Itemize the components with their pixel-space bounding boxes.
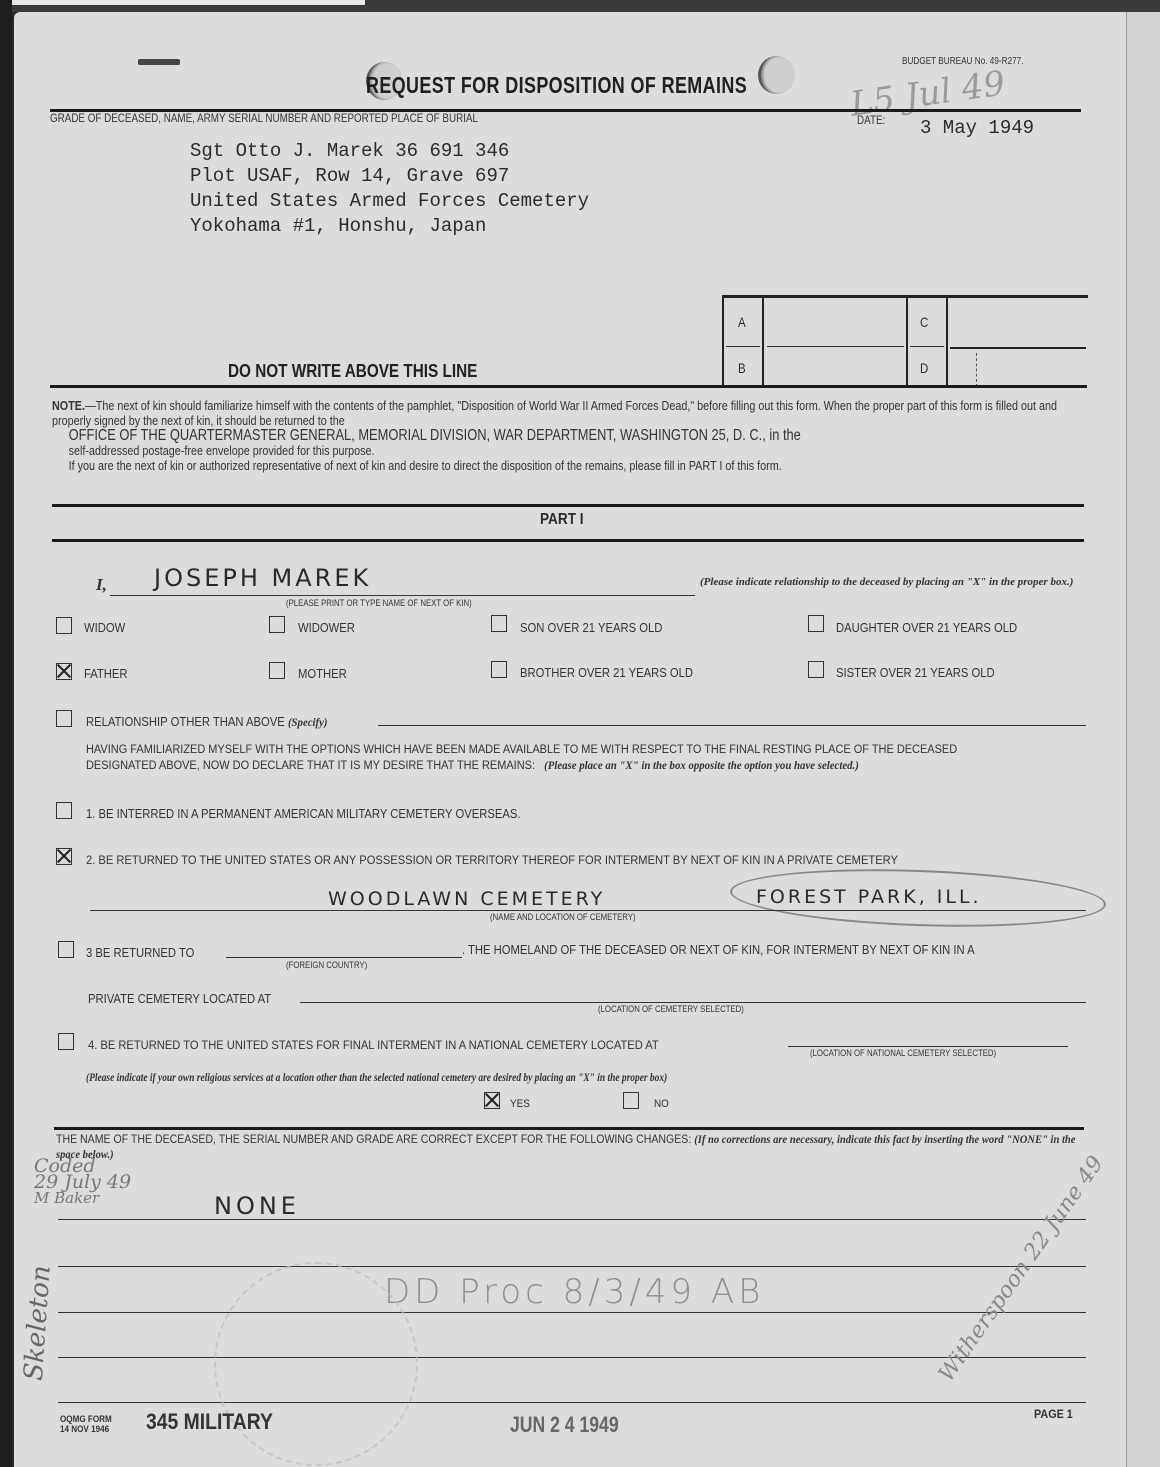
checkbox-father[interactable] (56, 663, 72, 680)
foreign-country-field[interactable] (226, 957, 462, 958)
office-cell-a: A (738, 314, 746, 330)
deceased-location: Yokohama #1, Honshu, Japan (190, 214, 589, 239)
corrections-value[interactable]: NONE (214, 1192, 300, 1220)
label-option-1: 1. BE INTERRED IN A PERMANENT AMERICAN M… (86, 807, 520, 821)
label-mother: MOTHER (298, 667, 347, 681)
national-cemetery-field[interactable] (788, 1046, 1068, 1047)
office-cell-c: C (920, 314, 928, 330)
label-option-2: 2. BE RETURNED TO THE UNITED STATES OR A… (86, 853, 898, 867)
label-option-3-prefix: 3 BE RETURNED TO (86, 946, 194, 960)
part1-bottom-rule (52, 539, 1084, 542)
label-religious-yes: YES (510, 1098, 530, 1110)
staple-mark (138, 59, 180, 65)
processing-note: DD Proc 8/3/49 AB (384, 1272, 764, 1312)
private-cemetery-location-field[interactable] (300, 1002, 1086, 1003)
religious-rule (54, 1127, 1084, 1130)
i-label: I, (96, 575, 107, 595)
checkbox-option-2[interactable] (56, 848, 72, 865)
corrections-line-2 (58, 1266, 1086, 1267)
cemetery-caption: (NAME AND LOCATION OF CEMETERY) (490, 912, 636, 923)
budget-bureau-number: BUDGET BUREAU No. 49-R277. (902, 56, 1024, 67)
office-cell-d: D (920, 360, 928, 376)
checkbox-religious-no[interactable] (623, 1092, 639, 1109)
checkbox-option-1[interactable] (56, 802, 72, 819)
checkbox-widower[interactable] (269, 616, 285, 633)
checkbox-sister[interactable] (808, 661, 824, 678)
label-daughter: DAUGHTER OVER 21 YEARS OLD (836, 621, 1017, 635)
next-of-kin-caption: (PLEASE PRINT OR TYPE NAME OF NEXT OF KI… (286, 598, 472, 609)
label-option-4: 4. BE RETURNED TO THE UNITED STATES FOR … (88, 1038, 659, 1052)
private-cemetery-location[interactable]: FOREST PARK, ILL. (756, 886, 982, 908)
label-sister: SISTER OVER 21 YEARS OLD (836, 666, 995, 680)
note-lead: NOTE. (52, 398, 85, 413)
private-cemetery-caption: (LOCATION OF CEMETERY SELECTED) (598, 1004, 744, 1015)
deceased-cemetery: United States Armed Forces Cemetery (190, 189, 589, 214)
checkbox-brother[interactable] (491, 661, 507, 678)
form-number: 345 MILITARY (146, 1409, 273, 1435)
corrections-line-5 (58, 1402, 1086, 1403)
label-widower: WIDOWER (298, 621, 355, 635)
scan-top-border (0, 0, 1160, 12)
checkbox-religious-yes[interactable] (484, 1092, 500, 1109)
date-label: DATE: (857, 113, 885, 127)
checkbox-daughter[interactable] (808, 615, 824, 632)
cemetery-line (90, 910, 1086, 911)
part1-top-rule (52, 504, 1084, 507)
underlying-page-edge (1126, 12, 1160, 1467)
checkbox-son[interactable] (491, 615, 507, 632)
label-religious-no: NO (654, 1098, 669, 1110)
deceased-field-label: GRADE OF DECEASED, NAME, ARMY SERIAL NUM… (50, 111, 478, 125)
office-address: OFFICE OF THE QUARTERMASTER GENERAL, MEM… (52, 427, 801, 444)
corrections-line-1 (58, 1219, 1086, 1220)
checkbox-mother[interactable] (269, 662, 285, 679)
label-other-relationship: RELATIONSHIP OTHER THAN ABOVE (Specify) (86, 715, 328, 730)
form-page: BUDGET BUREAU No. 49-R277. L5 Jul 49 REQ… (14, 12, 1126, 1467)
scan-left-border (0, 0, 12, 1467)
received-date-stamp: JUN 2 4 1949 (510, 1412, 619, 1438)
punch-hole-right (758, 56, 795, 94)
signature-note: Witherspoon 22 June 49 (934, 1152, 1109, 1387)
date-value: 3 May 1949 (920, 116, 1034, 141)
corrections-line-3 (58, 1312, 1086, 1313)
checkbox-option-4[interactable] (58, 1033, 74, 1050)
note-paragraph-2: If you are the next of kin or authorized… (52, 458, 782, 473)
declaration-line-1: HAVING FAMILIARIZED MYSELF WITH THE OPTI… (86, 742, 957, 756)
margin-coded-note: Coded 29 July 49 M Baker (34, 1158, 131, 1206)
left-margin-note: Skeleton (19, 1264, 57, 1381)
embossed-seal (214, 1262, 418, 1466)
label-option-3-suffix: . THE HOMELAND OF THE DECEASED OR NEXT O… (462, 943, 975, 957)
do-not-write-rule (50, 385, 1087, 388)
relationship-hint: (Please indicate relationship to the dec… (700, 576, 1100, 588)
form-id: OQMG FORM 14 NOV 1946 (60, 1414, 112, 1434)
next-of-kin-name[interactable]: JOSEPH MAREK (154, 564, 371, 592)
part1-heading: PART I (540, 511, 584, 529)
instructions-note: NOTE.—The next of kin should familiarize… (52, 398, 1092, 473)
deceased-plot: Plot USAF, Row 14, Grave 697 (190, 164, 589, 189)
corrections-instructions: THE NAME OF THE DECEASED, THE SERIAL NUM… (56, 1132, 1086, 1162)
label-brother: BROTHER OVER 21 YEARS OLD (520, 666, 693, 680)
form-title: REQUEST FOR DISPOSITION OF REMAINS (366, 72, 747, 99)
religious-services-hint: (Please indicate if your own religious s… (86, 1072, 667, 1084)
checkbox-widow[interactable] (56, 617, 72, 634)
national-cemetery-caption: (LOCATION OF NATIONAL CEMETERY SELECTED) (810, 1048, 996, 1059)
declaration-line-2: DESIGNATED ABOVE, NOW DO DECLARE THAT IT… (86, 758, 859, 773)
page-number: PAGE 1 (1034, 1407, 1073, 1421)
label-private-cemetery-located-at: PRIVATE CEMETERY LOCATED AT (88, 992, 271, 1006)
deceased-name-serial: Sgt Otto J. Marek 36 691 346 (190, 139, 589, 164)
private-cemetery-name[interactable]: WOODLAWN CEMETERY (328, 888, 605, 910)
foreign-country-caption: (FOREIGN COUNTRY) (286, 960, 367, 971)
office-cell-b: B (738, 360, 746, 376)
other-relationship-field[interactable] (378, 725, 1086, 726)
office-use-box: A B C D (722, 295, 1088, 388)
next-of-kin-line (110, 595, 695, 596)
deceased-info-block: Sgt Otto J. Marek 36 691 346 Plot USAF, … (190, 139, 589, 239)
label-father: FATHER (84, 667, 128, 681)
corrections-line-4 (58, 1357, 1086, 1358)
checkbox-other-relationship[interactable] (56, 710, 72, 727)
label-widow: WIDOW (84, 621, 125, 635)
checkbox-option-3[interactable] (58, 941, 74, 958)
do-not-write-warning: DO NOT WRITE ABOVE THIS LINE (228, 361, 477, 382)
label-son: SON OVER 21 YEARS OLD (520, 621, 662, 635)
